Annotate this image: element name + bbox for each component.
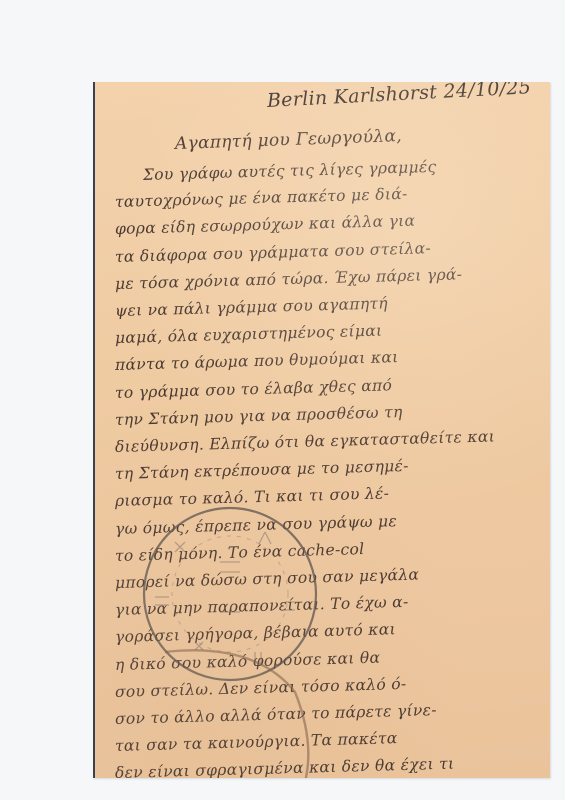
letter-line: Σου γράφω αυτές τις λίγες γραμμές xyxy=(143,158,437,184)
letter-line: ψει να πάλι γράμμα σου αγαπητή xyxy=(115,294,388,320)
letter-line: μαμά, όλα ευχαριστημένος είμαι xyxy=(115,322,383,347)
letter-line: ταυτοχρόνως με ένα πακέτο με διά- xyxy=(115,185,408,211)
letter-line: τα διάφορα σου γράμματα σου στείλα- xyxy=(115,239,431,266)
letter-line: δεν είναι σφραγισμένα και δεν θα έχει τι xyxy=(115,755,455,778)
postcard: Berlin Karlshorst 24/10/25 Αγαπητή μου Γ… xyxy=(93,82,550,778)
letter-line: διεύθυνση. Ελπίζω ότι θα εγκατασταθείτε … xyxy=(115,427,495,456)
letter-line: φορα είδη εσωρρούχων και άλλα για xyxy=(115,212,416,238)
letter-line: η δικό σου καλό φορούσε και θα xyxy=(115,648,381,673)
letter-line: με τόσα χρόνια από τώρα. Έχω πάρει γρά- xyxy=(115,265,463,293)
letter-line: μπορεί να δώσω στη σου σαν μεγάλα xyxy=(115,566,420,592)
letter-line: γοράσει γρήγορα, βέβαια αυτό και xyxy=(115,621,396,647)
letter-line: την Στάνη μου για να προσθέσω τη xyxy=(115,403,403,429)
letter-line: το είδη μόνη. Το ένα cache-col xyxy=(115,540,365,565)
letter-line: σου στείλω. Δεν είναι τόσο καλό ό- xyxy=(115,675,407,701)
scanned-page: Berlin Karlshorst 24/10/25 Αγαπητή μου Γ… xyxy=(0,0,565,800)
place-date-header: Berlin Karlshorst 24/10/25 xyxy=(266,82,531,112)
letter-line: τη Στάνη εκτρέπουσα με το μεσημέ- xyxy=(115,457,409,483)
salutation: Αγαπητή μου Γεωργούλα, xyxy=(175,126,403,154)
letter-line: ριασμα το καλό. Τι και τι σου λέ- xyxy=(115,485,390,511)
letter-line: πάντα το άρωμα που θυμούμαι και xyxy=(115,348,399,374)
letter-line: σον το άλλο αλλά όταν το πάρετε γίνε- xyxy=(115,701,437,728)
letter-line: ται σαν τα καινούργια. Τα πακέτα xyxy=(115,729,398,755)
letter-line: το γράμμα σου το έλαβα χθες από xyxy=(115,376,393,402)
letter-line: γω όμως, έπρεπε να σου γράψω με xyxy=(115,512,398,538)
letter-line: για να μην παραπονείται. Το έχω α- xyxy=(115,593,409,619)
